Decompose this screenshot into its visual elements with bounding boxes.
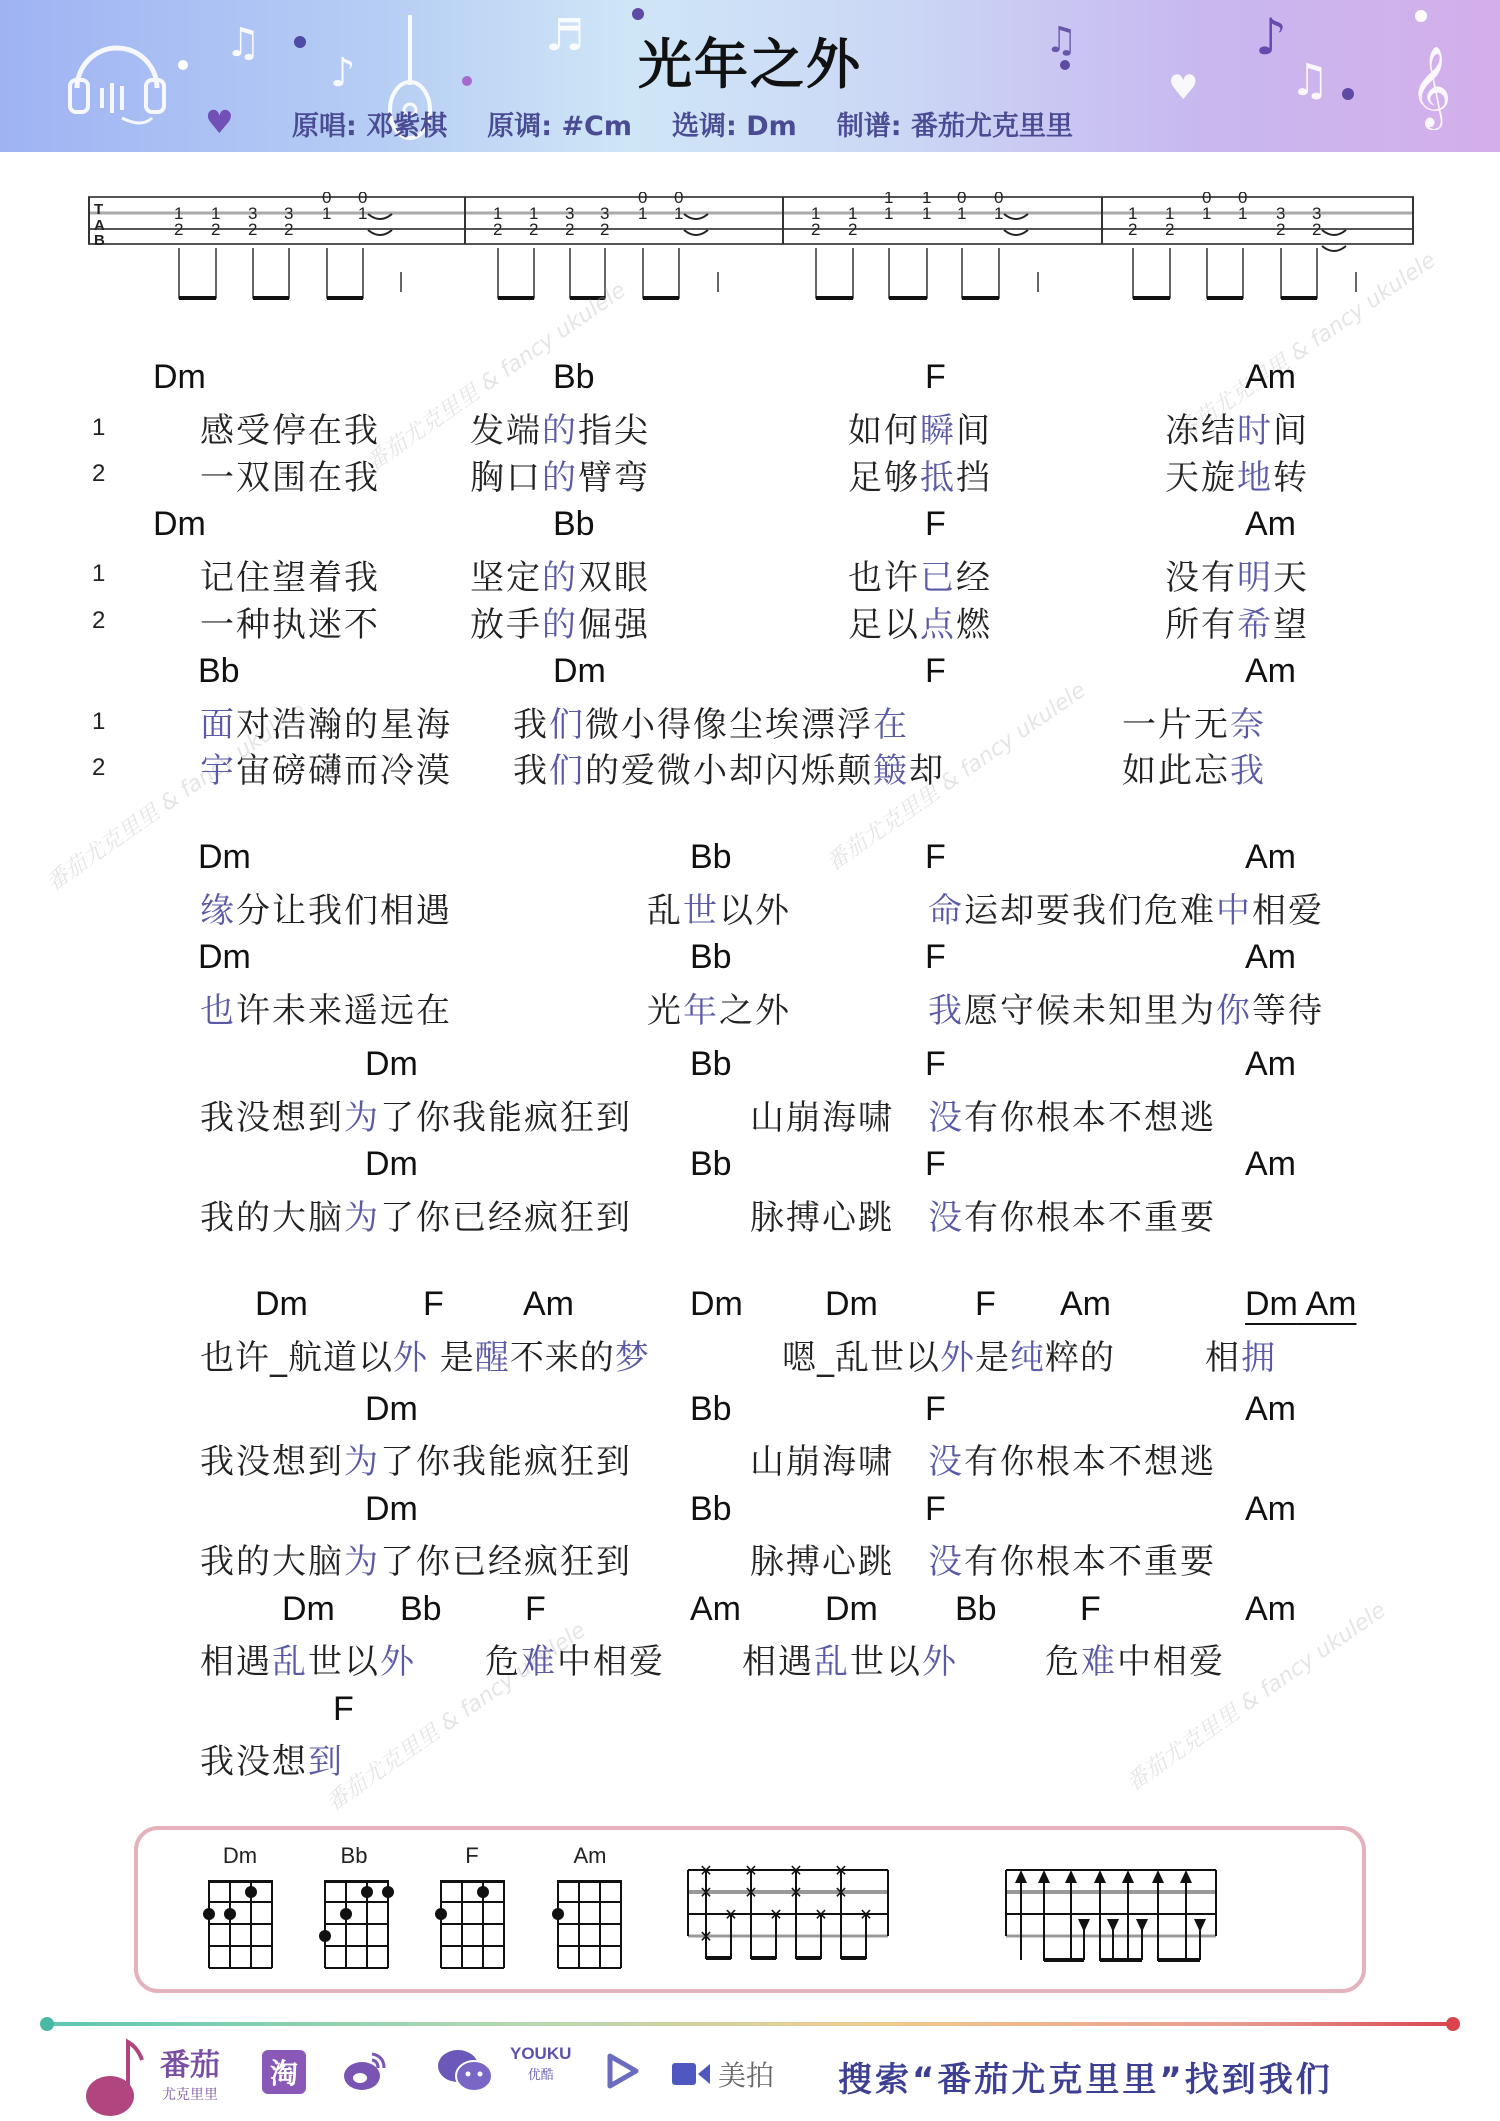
- youku-icon[interactable]: YOUKU 优酷: [510, 2044, 571, 2083]
- chord-diagram-dm: [203, 1880, 272, 1968]
- svg-text:✕: ✕: [769, 1905, 782, 1924]
- svg-text:✕: ✕: [699, 1861, 712, 1880]
- svg-text:✕: ✕: [699, 1883, 712, 1902]
- chord-diagram-am: [552, 1880, 621, 1968]
- search-us-slogan: 搜索“番茄尤克里里”找到我们: [838, 2052, 1333, 2101]
- taobao-icon[interactable]: 淘: [262, 2050, 306, 2094]
- brand-logo-icon: [80, 2038, 150, 2118]
- chord-diagrams: ✕✕✕✕ ✕✕✕ ✕✕✕ ✕✕✕: [0, 0, 1500, 2121]
- svg-text:✕: ✕: [859, 1905, 872, 1924]
- svg-text:✕: ✕: [789, 1861, 802, 1880]
- svg-text:✕: ✕: [744, 1861, 757, 1880]
- svg-text:✕: ✕: [789, 1883, 802, 1902]
- play-icon[interactable]: [602, 2050, 644, 2092]
- fingerpicking-pattern: ✕✕✕✕ ✕✕✕ ✕✕✕ ✕✕✕: [688, 1861, 888, 1958]
- brand-name: 番茄 尤克里里: [150, 2040, 230, 2104]
- svg-text:✕: ✕: [724, 1905, 737, 1924]
- svg-text:✕: ✕: [699, 1927, 712, 1946]
- wechat-icon[interactable]: [436, 2046, 496, 2096]
- svg-text:✕: ✕: [834, 1861, 847, 1880]
- svg-text:✕: ✕: [744, 1883, 757, 1902]
- svg-text:✕: ✕: [834, 1883, 847, 1902]
- svg-text:✕: ✕: [814, 1905, 827, 1924]
- footer-divider-dot-right: [1446, 2017, 1460, 2031]
- chord-diagram-bb: [319, 1880, 394, 1968]
- chord-diagram-f: [435, 1880, 504, 1968]
- weibo-icon[interactable]: [340, 2048, 390, 2094]
- footer-divider-dot-left: [40, 2017, 54, 2031]
- video-camera-icon: [672, 2059, 712, 2089]
- footer-divider: [44, 2022, 1456, 2026]
- meipai-button[interactable]: 美拍: [672, 2054, 774, 2094]
- strumming-pattern: [1006, 1870, 1216, 1960]
